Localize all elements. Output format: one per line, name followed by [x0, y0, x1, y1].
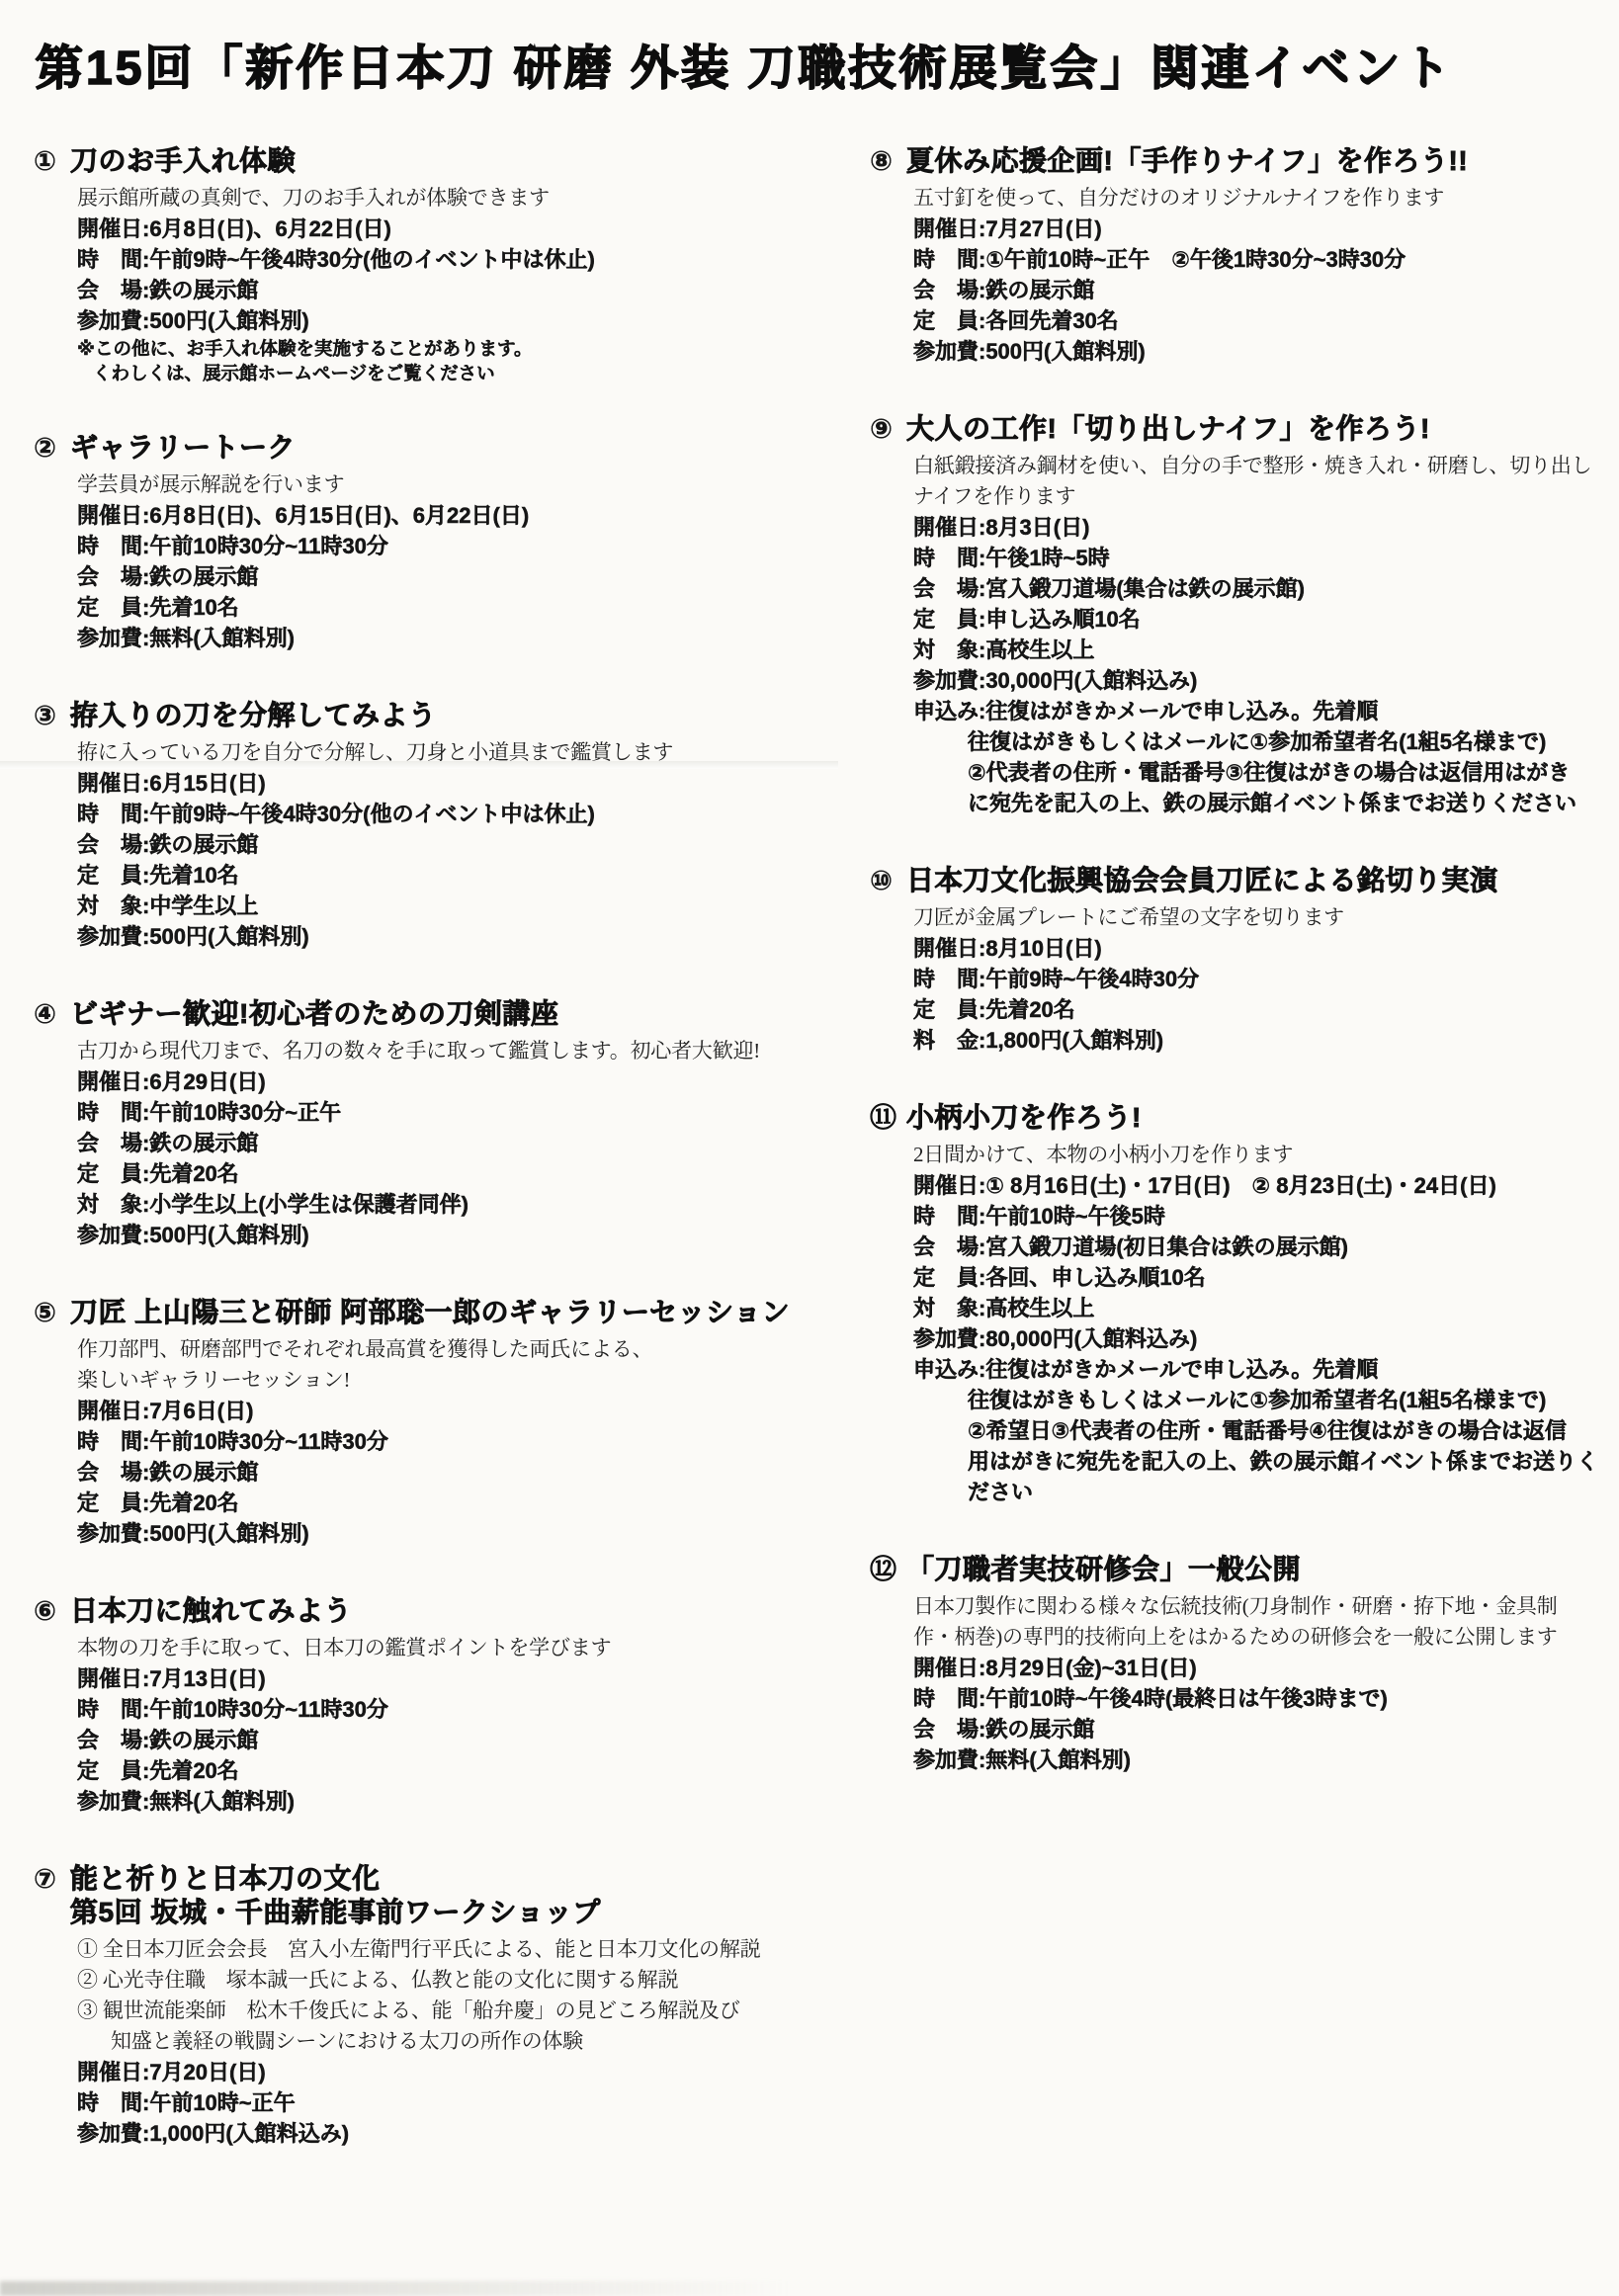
- event-description: ナイフを作ります: [913, 481, 1605, 512]
- event-detail: 会 場:鉄の展示館: [77, 829, 824, 860]
- event-program-item: ③ 観世流能楽師 松木千俊氏による、能「船弁慶」の見どころ解説及び: [77, 1996, 824, 2026]
- event-description: 刀匠が金属プレートにご希望の文字を切ります: [913, 902, 1605, 933]
- event-note: ※この他に、お手入れ体験を実施することがあります。: [77, 336, 824, 361]
- event-4-block: ④ ビギナー歓迎!初心者のための刀剣講座 古刀から現代刀まで、名刀の数々を手に取…: [34, 997, 824, 1250]
- circled-number-icon: ④: [34, 997, 70, 1031]
- event-detail: 会 場:鉄の展示館: [77, 1725, 824, 1755]
- event-detail: 会 場:宮入鍛刀道場(集合は鉄の展示館): [913, 573, 1605, 604]
- event-description: 作刀部門、研磨部門でそれぞれ最高賞を獲得した両氏による、: [77, 1334, 824, 1365]
- circled-number-icon: ⑧: [870, 144, 906, 178]
- two-column-layout: ① 刀のお手入れ体験 展示館所蔵の真剣で、刀のお手入れが体験できます 開催日:6…: [34, 144, 1605, 2194]
- event-program-item: ① 全日本刀匠会会長 宮入小左衛門行平氏による、能と日本刀文化の解説: [77, 1934, 824, 1965]
- event-7-block: ⑦ 能と祈りと日本刀の文化 第5回 坂城・千曲薪能事前ワークショップ ① 全日本…: [34, 1862, 824, 2149]
- event-detail: 時 間:午前9時~午後4時30分(他のイベント中は休止): [77, 799, 824, 829]
- event-detail: 開催日:6月8日(日)、6月15日(日)、6月22日(日): [77, 500, 824, 531]
- event-detail: 参加費:無料(入館料別): [77, 623, 824, 653]
- page-title: 第15回「新作日本刀 研磨 外装 刀職技術展覧会」関連イベント: [36, 30, 1453, 98]
- circled-number-icon: ③: [34, 699, 70, 732]
- event-detail: 対 象:中学生以上: [77, 891, 824, 921]
- event-12-block: ⑫ 「刀職者実技研修会」一般公開 日本刀製作に関わる様々な伝統技術(刀身制作・研…: [870, 1553, 1605, 1775]
- event-detail: 定 員:先着20名: [77, 1488, 824, 1518]
- event-description: 拵に入っている刀を自分で分解し、刀身と小道具まで鑑賞します: [77, 737, 824, 768]
- event-detail: 開催日:6月15日(日): [77, 768, 824, 799]
- event-11-block: ⑪ 小柄小刀を作ろう! 2日間かけて、本物の小柄小刀を作ります 開催日:① 8月…: [870, 1101, 1605, 1507]
- event-apply-note: ②代表者の住所・電話番号③往復はがきの場合は返信用はがき: [913, 757, 1605, 788]
- event-title: ビギナー歓迎!初心者のための刀剣講座: [70, 997, 558, 1031]
- event-title: 日本刀文化振興協会会員刀匠による銘切り実演: [906, 864, 1498, 897]
- event-detail: 時 間:午前9時~午後4時30分: [913, 964, 1605, 994]
- event-10-block: ⑩ 日本刀文化振興協会会員刀匠による銘切り実演 刀匠が金属プレートにご希望の文字…: [870, 864, 1605, 1056]
- event-detail: 時 間:午前10時30分~正午: [77, 1097, 824, 1128]
- event-title: 刀のお手入れ体験: [70, 144, 296, 178]
- event-detail: 開催日:8月29日(金)~31日(日): [913, 1653, 1605, 1683]
- circled-number-icon: ⑫: [870, 1553, 906, 1586]
- event-detail: 参加費:30,000円(入館料込み): [913, 665, 1605, 696]
- event-9-block: ⑨ 大人の工作!「切り出しナイフ」を作ろう! 白紙鍛接済み鋼材を使い、自分の手で…: [870, 412, 1605, 818]
- event-2-block: ② ギャラリートーク 学芸員が展示解説を行います 開催日:6月8日(日)、6月1…: [34, 431, 824, 653]
- event-note: くわしくは、展示館ホームページをご覧ください: [77, 361, 824, 385]
- event-description: 作・柄巻)の専門的技術向上をはかるための研修会を一般に公開します: [913, 1622, 1605, 1653]
- event-apply-note: 往復はがきもしくはメールに①参加希望者名(1組5名様まで): [913, 726, 1605, 757]
- event-detail: 会 場:鉄の展示館: [913, 275, 1605, 305]
- event-detail: 定 員:申し込み順10名: [913, 604, 1605, 635]
- event-detail: 開催日:7月6日(日): [77, 1396, 824, 1426]
- circled-number-icon: ⑥: [34, 1594, 70, 1628]
- event-title: 能と祈りと日本刀の文化: [70, 1862, 601, 1896]
- event-title: ギャラリートーク: [70, 431, 296, 465]
- event-detail: 参加費:1,000円(入館料込み): [77, 2118, 824, 2149]
- event-detail: 開催日:7月20日(日): [77, 2057, 824, 2087]
- flyer-page: 第15回「新作日本刀 研磨 外装 刀職技術展覧会」関連イベント ① 刀のお手入れ…: [0, 0, 1619, 2296]
- event-detail: 開催日:7月13日(日): [77, 1663, 824, 1694]
- event-5-block: ⑤ 刀匠 上山陽三と研師 阿部聡一郎のギャラリーセッション 作刀部門、研磨部門で…: [34, 1296, 824, 1549]
- event-subtitle: 第5回 坂城・千曲薪能事前ワークショップ: [70, 1896, 601, 1929]
- event-detail: 会 場:鉄の展示館: [77, 1128, 824, 1158]
- event-detail: 対 象:高校生以上: [913, 635, 1605, 665]
- circled-number-icon: ⑪: [870, 1101, 906, 1135]
- event-detail: 定 員:先着20名: [913, 994, 1605, 1025]
- event-description: 展示館所蔵の真剣で、刀のお手入れが体験できます: [77, 183, 824, 213]
- circled-number-icon: ⑤: [34, 1296, 70, 1329]
- event-8-block: ⑧ 夏休み応援企画!「手作りナイフ」を作ろう!! 五寸釘を使って、自分だけのオリ…: [870, 144, 1605, 367]
- event-detail: 会 場:鉄の展示館: [77, 561, 824, 592]
- event-3-block: ③ 拵入りの刀を分解してみよう 拵に入っている刀を自分で分解し、刀身と小道具まで…: [34, 699, 824, 952]
- event-detail: 参加費:500円(入館料別): [77, 305, 824, 336]
- event-detail: 時 間:午前10時30分~11時30分: [77, 1426, 824, 1457]
- event-1-block: ① 刀のお手入れ体験 展示館所蔵の真剣で、刀のお手入れが体験できます 開催日:6…: [34, 144, 824, 385]
- event-detail: 料 金:1,800円(入館料別): [913, 1025, 1605, 1056]
- event-detail: 開催日:6月29日(日): [77, 1066, 824, 1097]
- circled-number-icon: ⑩: [870, 864, 906, 897]
- event-detail: 時 間:①午前10時~正午 ②午後1時30分~3時30分: [913, 244, 1605, 275]
- event-program-item: 知盛と義経の戦闘シーンにおける太刀の所作の体験: [77, 2026, 824, 2057]
- event-detail: 時 間:午前10時~午後4時(最終日は午後3時まで): [913, 1683, 1605, 1714]
- event-detail: 開催日:8月3日(日): [913, 512, 1605, 543]
- event-apply-note: 往復はがきもしくはメールに①参加希望者名(1組5名様まで): [913, 1385, 1605, 1415]
- event-detail: 定 員:先着10名: [77, 592, 824, 623]
- event-detail: 参加費:無料(入館料別): [77, 1786, 824, 1817]
- event-detail: 定 員:各回先着30名: [913, 305, 1605, 336]
- event-title: 刀匠 上山陽三と研師 阿部聡一郎のギャラリーセッション: [70, 1296, 790, 1329]
- event-detail: 参加費:500円(入館料別): [77, 1220, 824, 1250]
- scan-smear-artifact: [0, 2281, 791, 2296]
- event-detail: 参加費:500円(入館料別): [913, 336, 1605, 367]
- event-detail: 対 象:小学生以上(小学生は保護者同伴): [77, 1189, 824, 1220]
- event-detail: 時 間:午前9時~午後4時30分(他のイベント中は休止): [77, 244, 824, 275]
- event-apply-note: 用はがきに宛先を記入の上、鉄の展示館イベント係までお送りく: [913, 1446, 1605, 1477]
- event-apply-note: に宛先を記入の上、鉄の展示館イベント係までお送りください: [913, 788, 1605, 818]
- circled-number-icon: ⑦: [34, 1862, 70, 1896]
- event-description: 五寸釘を使って、自分だけのオリジナルナイフを作ります: [913, 183, 1605, 213]
- event-description: 本物の刀を手に取って、日本刀の鑑賞ポイントを学びます: [77, 1633, 824, 1663]
- right-column: ⑧ 夏休み応援企画!「手作りナイフ」を作ろう!! 五寸釘を使って、自分だけのオリ…: [870, 144, 1605, 2194]
- event-detail: 開催日:7月27日(日): [913, 213, 1605, 244]
- event-detail: 時 間:午後1時~5時: [913, 543, 1605, 573]
- event-detail: 申込み:往復はがきかメールで申し込み。先着順: [913, 1354, 1605, 1385]
- event-detail: 時 間:午前10時~正午: [77, 2087, 824, 2118]
- event-detail: 対 象:高校生以上: [913, 1293, 1605, 1323]
- event-detail: 参加費:無料(入館料別): [913, 1744, 1605, 1775]
- event-program-item: ② 心光寺住職 塚本誠一氏による、仏教と能の文化に関する解説: [77, 1965, 824, 1996]
- event-detail: 参加費:80,000円(入館料込み): [913, 1323, 1605, 1354]
- event-6-block: ⑥ 日本刀に触れてみよう 本物の刀を手に取って、日本刀の鑑賞ポイントを学びます …: [34, 1594, 824, 1817]
- event-detail: 会 場:鉄の展示館: [913, 1714, 1605, 1744]
- event-title: 大人の工作!「切り出しナイフ」を作ろう!: [906, 412, 1430, 446]
- event-title: 夏休み応援企画!「手作りナイフ」を作ろう!!: [906, 144, 1468, 178]
- event-apply-note: ださい: [913, 1477, 1605, 1507]
- circled-number-icon: ⑨: [870, 412, 906, 446]
- event-description: 日本刀製作に関わる様々な伝統技術(刀身制作・研磨・拵下地・金具制: [913, 1591, 1605, 1622]
- event-detail: 会 場:鉄の展示館: [77, 1457, 824, 1488]
- event-description: 2日間かけて、本物の小柄小刀を作ります: [913, 1140, 1605, 1170]
- circled-number-icon: ①: [34, 144, 70, 178]
- event-detail: 開催日:8月10日(日): [913, 933, 1605, 964]
- event-detail: 時 間:午前10時30分~11時30分: [77, 531, 824, 561]
- event-description: 古刀から現代刀まで、名刀の数々を手に取って鑑賞します。初心者大歓迎!: [77, 1036, 824, 1066]
- event-title: 拵入りの刀を分解してみよう: [70, 699, 437, 732]
- event-detail: 会 場:宮入鍛刀道場(初日集合は鉄の展示館): [913, 1232, 1605, 1262]
- event-detail: 会 場:鉄の展示館: [77, 275, 824, 305]
- event-detail: 定 員:先着20名: [77, 1755, 824, 1786]
- event-description: 白紙鍛接済み鋼材を使い、自分の手で整形・焼き入れ・研磨し、切り出し: [913, 451, 1605, 481]
- event-detail: 開催日:① 8月16日(土)・17日(日) ② 8月23日(土)・24日(日): [913, 1170, 1605, 1201]
- event-detail: 時 間:午前10時30分~11時30分: [77, 1694, 824, 1725]
- event-detail: 定 員:先着10名: [77, 860, 824, 891]
- event-detail: 時 間:午前10時~午後5時: [913, 1201, 1605, 1232]
- event-title: 小柄小刀を作ろう!: [906, 1101, 1142, 1135]
- event-title: 「刀職者実技研修会」一般公開: [906, 1553, 1301, 1586]
- circled-number-icon: ②: [34, 431, 70, 465]
- event-apply-note: ②希望日③代表者の住所・電話番号④往復はがきの場合は返信: [913, 1415, 1605, 1446]
- left-column: ① 刀のお手入れ体験 展示館所蔵の真剣で、刀のお手入れが体験できます 開催日:6…: [34, 144, 824, 2194]
- event-description: 学芸員が展示解説を行います: [77, 469, 824, 500]
- event-detail: 参加費:500円(入館料別): [77, 921, 824, 952]
- event-detail: 定 員:先着20名: [77, 1158, 824, 1189]
- event-description: 楽しいギャラリーセッション!: [77, 1365, 824, 1396]
- event-detail: 申込み:往復はがきかメールで申し込み。先着順: [913, 696, 1605, 726]
- event-detail: 定 員:各回、申し込み順10名: [913, 1262, 1605, 1293]
- event-detail: 参加費:500円(入館料別): [77, 1518, 824, 1549]
- event-detail: 開催日:6月8日(日)、6月22日(日): [77, 213, 824, 244]
- event-title: 日本刀に触れてみよう: [70, 1594, 352, 1628]
